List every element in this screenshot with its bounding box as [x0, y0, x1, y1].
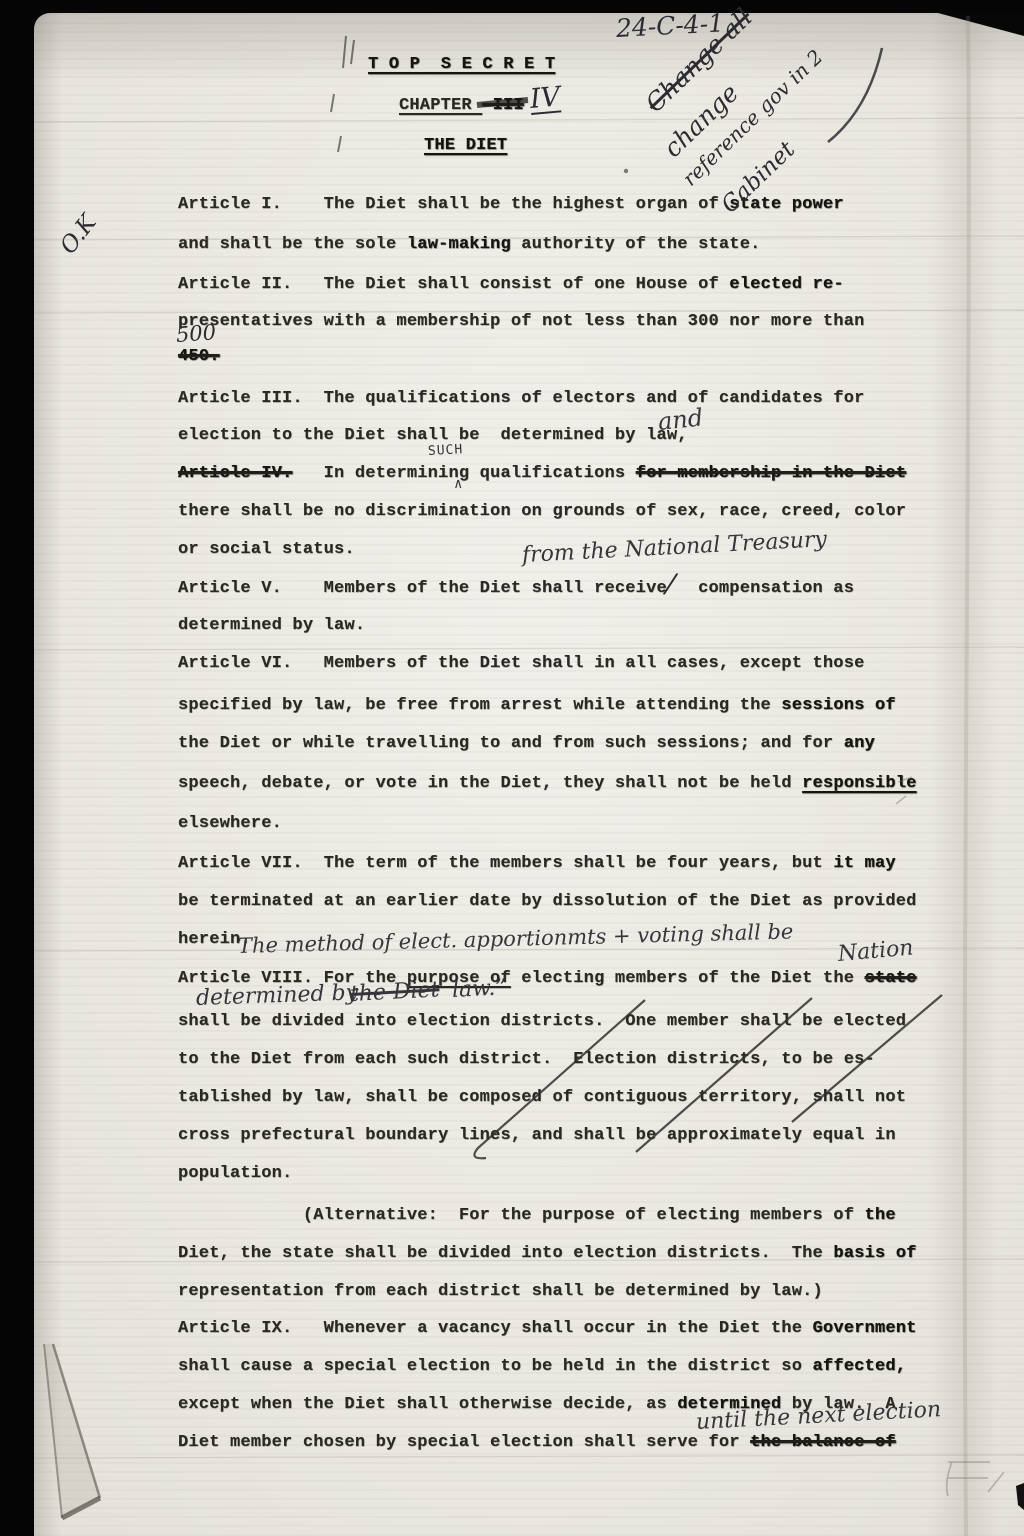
typed-segment: speech, debate, or vote in the Diet, the…	[178, 774, 802, 793]
typed-segment: it may	[833, 854, 895, 873]
typed-segment: elsewhere.	[178, 814, 282, 833]
typed-segment: the	[865, 1206, 896, 1225]
typed-line: and shall be the sole law-making authori…	[178, 236, 761, 253]
typed-segment: basis of	[833, 1244, 916, 1263]
typed-segment: Article I. The Diet shall be the highest…	[178, 195, 729, 214]
typed-segment: shall be divided into election districts…	[178, 1012, 906, 1031]
hw-determined-by: determined by	[196, 982, 359, 1010]
typed-segment: electing members of the Diet the	[511, 969, 865, 988]
typed-segment: Article III. The qualifications of elect…	[178, 389, 865, 408]
scanned-document-page: T O P S E C R E TCHAPTER -IIITHE DIETArt…	[0, 0, 1024, 1536]
typed-segment: THE DIET	[424, 136, 507, 155]
typed-line: there shall be no discrimination on grou…	[178, 503, 906, 520]
typed-segment: Diet, the state shall be divided into el…	[178, 1244, 833, 1263]
typed-line: Article IX. Whenever a vacancy shall occ…	[178, 1320, 917, 1337]
typed-segment: election to the Diet shall be determined…	[178, 426, 688, 445]
typed-segment: the Diet or while travelling to and from…	[178, 734, 844, 753]
typed-line: tablished by law, shall be composed of c…	[178, 1089, 906, 1106]
typed-line: (Alternative: For the purpose of electin…	[178, 1207, 896, 1224]
typed-line: determined by law.	[178, 617, 365, 634]
typed-segment: for membership in the Diet	[636, 464, 906, 483]
typed-segment: and shall be the sole	[178, 235, 407, 254]
typed-segment: Article IV.	[178, 464, 292, 483]
typed-line: Article V. Members of the Diet shall rec…	[178, 580, 854, 597]
typed-line: to the Diet from each such district. Ele…	[178, 1051, 875, 1068]
typed-segment: sessions of	[781, 696, 895, 715]
typed-line: representation from each district shall …	[178, 1283, 823, 1300]
typed-segment: authority of the state.	[511, 235, 761, 254]
typed-segment: population.	[178, 1164, 292, 1183]
typed-segment: T O P S E C R E T	[368, 55, 555, 74]
typed-segment: responsible	[802, 774, 916, 793]
typed-line: specified by law, be free from arrest wh…	[178, 697, 896, 714]
typed-line: population.	[178, 1165, 292, 1182]
typed-segment: except when the Diet shall otherwise dec…	[178, 1395, 677, 1414]
typed-segment: Article V. Members of the Diet shall rec…	[178, 579, 854, 598]
hw-500: 500	[175, 322, 216, 346]
typed-segment: Article II. The Diet shall consist of on…	[178, 275, 729, 294]
typed-line: the Diet or while travelling to and from…	[178, 735, 875, 752]
typed-segment: 450.	[178, 347, 220, 366]
typed-segment: Article IX. Whenever a vacancy shall occ…	[178, 1319, 813, 1338]
hw-and: and	[657, 405, 704, 434]
hw-the-diet-struck: the Diet	[349, 979, 440, 1006]
typed-segment: law-making	[407, 235, 511, 254]
typed-segment: determined by law.	[178, 616, 365, 635]
typed-segment: Article VII. The term of the members sha…	[178, 854, 833, 873]
typed-segment: to the Diet from each such district. Ele…	[178, 1050, 875, 1069]
typed-segment: specified by law, be free from arrest wh…	[178, 696, 781, 715]
typed-segment: affected,	[813, 1357, 907, 1376]
hw-such: SUCH	[428, 443, 464, 458]
typed-line: Article VI. Members of the Diet shall in…	[178, 655, 865, 672]
typed-line: cross prefectural boundary lines, and sh…	[178, 1127, 896, 1144]
doc-title: THE DIET	[424, 137, 507, 154]
typed-line: presentatives with a membership of not l…	[178, 313, 865, 330]
hw-caret: ∧	[454, 477, 463, 491]
typed-segment: In determining qualifications	[292, 464, 635, 483]
typed-segment: tablished by law, shall be composed of c…	[178, 1088, 906, 1107]
typed-segment: any	[844, 734, 875, 753]
hw-chapter-iv: IV	[529, 83, 561, 113]
typed-line: shall be divided into election districts…	[178, 1013, 906, 1030]
typed-segment: or social status.	[178, 540, 355, 559]
typed-segment: cross prefectural boundary lines, and sh…	[178, 1126, 896, 1145]
typed-segment: CHAPTER	[399, 96, 482, 115]
typed-segment: presentatives with a membership of not l…	[178, 312, 865, 331]
typed-segment: be terminated at an earlier date by diss…	[178, 892, 917, 911]
typed-line: Article VII. The term of the members sha…	[178, 855, 896, 872]
typed-segment: (Alternative: For the purpose of electin…	[178, 1206, 865, 1225]
typed-segment: -III	[482, 96, 524, 115]
typed-segment: Diet member chosen by special election s…	[178, 1433, 750, 1452]
typed-segment: representation from each district shall …	[178, 1282, 823, 1301]
typed-segment: shall cause a special election to be hel…	[178, 1357, 813, 1376]
typed-line: Article II. The Diet shall consist of on…	[178, 276, 844, 293]
typed-segment: state	[865, 969, 917, 988]
typed-line: Article IV. In determining qualification…	[178, 465, 906, 482]
typed-segment: the balance of	[750, 1433, 896, 1452]
typed-segment: Government	[813, 1319, 917, 1338]
typed-line: Diet, the state shall be divided into el…	[178, 1245, 917, 1262]
typed-segment: Article VI. Members of the Diet shall in…	[178, 654, 865, 673]
typed-line: election to the Diet shall be determined…	[178, 427, 688, 444]
typed-line: shall cause a special election to be hel…	[178, 1358, 906, 1375]
classification-line: T O P S E C R E T	[368, 56, 555, 73]
typed-line: speech, debate, or vote in the Diet, the…	[178, 775, 917, 792]
typed-line: Article III. The qualifications of elect…	[178, 390, 865, 407]
hw-law: law.”	[451, 977, 507, 1002]
typed-line: elsewhere.	[178, 815, 282, 832]
typed-segment: there shall be no discrimination on grou…	[178, 502, 906, 521]
typed-line: 450.	[178, 348, 220, 365]
chapter-line: CHAPTER -III	[399, 97, 524, 114]
typed-line: Diet member chosen by special election s…	[178, 1434, 896, 1451]
typed-line: or social status.	[178, 541, 355, 558]
typed-segment: elected re-	[729, 275, 843, 294]
typed-line: be terminated at an earlier date by diss…	[178, 893, 917, 910]
